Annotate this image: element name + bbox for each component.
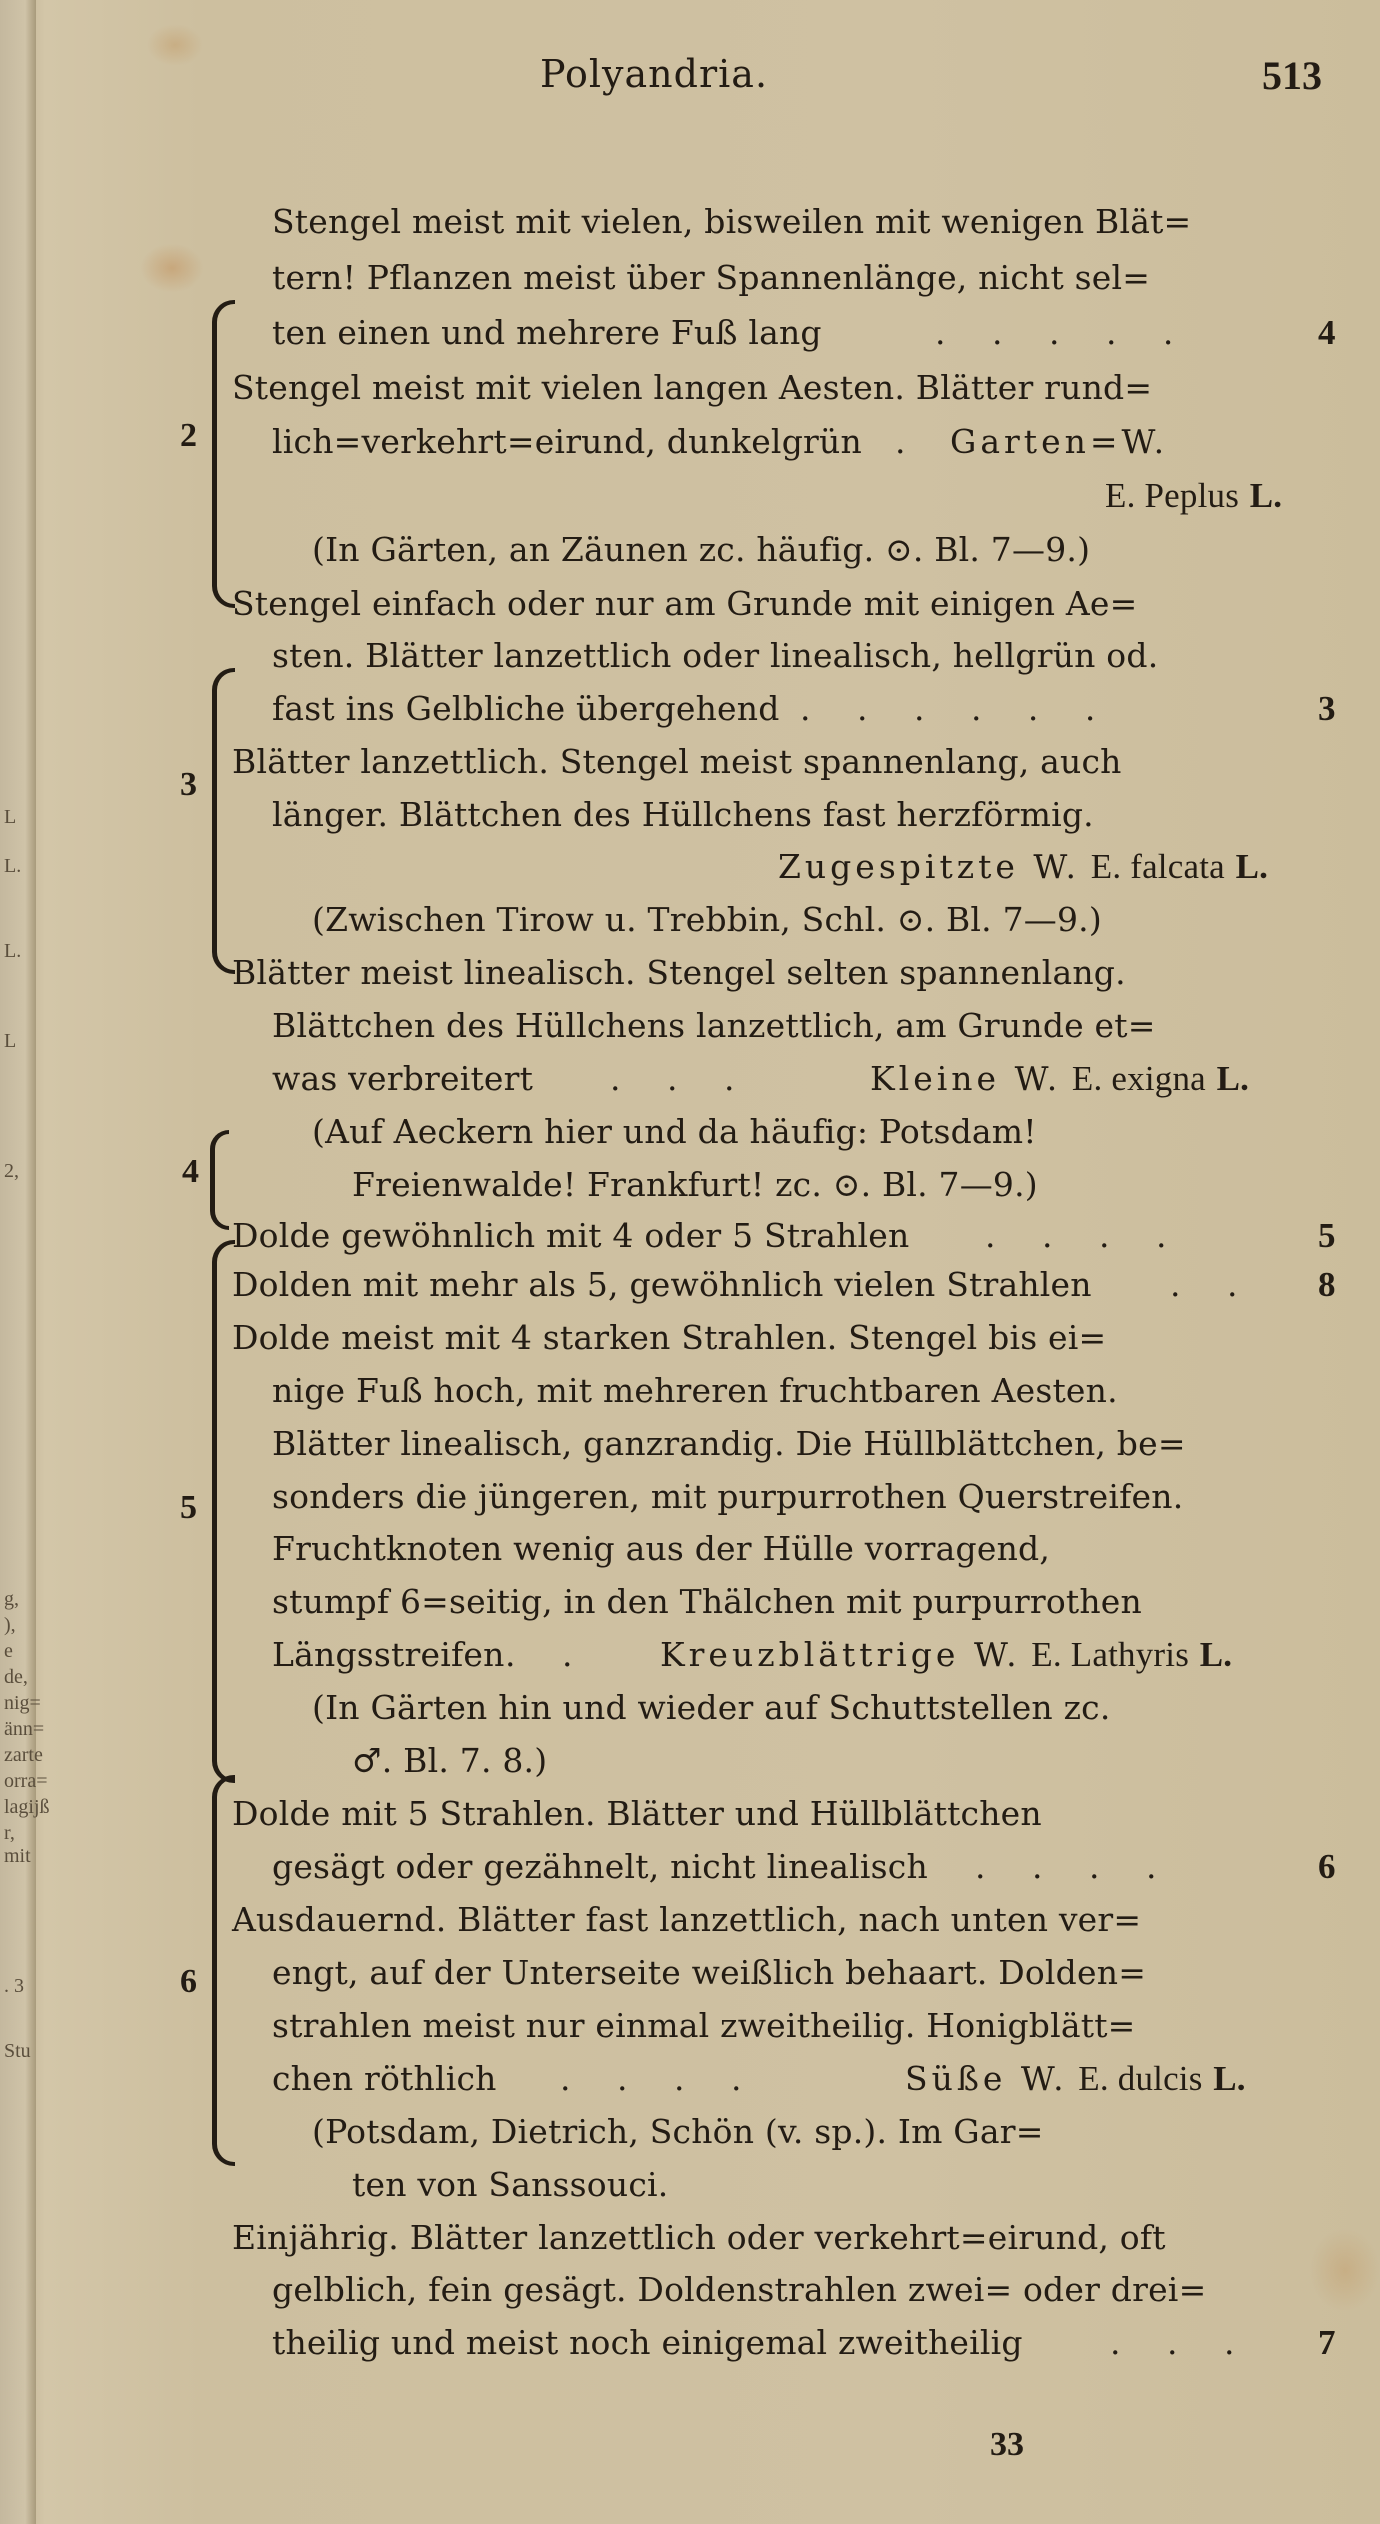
dot-leader: . . . .: [560, 2057, 759, 2101]
key-line: was verbreitert: [272, 1057, 533, 1101]
habitat-note: (Zwischen Tirow u. Trebbin, Schl. ⊙. Bl.…: [312, 898, 1102, 942]
key-line: Ausdauernd. Blätter fast lanzettlich, na…: [232, 1898, 1141, 1942]
latin-name: E. dulcis: [1078, 2059, 1202, 2098]
habitat-note: ♂. Bl. 7. 8.): [352, 1739, 547, 1783]
key-line: Dolde mit 5 Strahlen. Blätter und Hüllbl…: [232, 1792, 1042, 1836]
margin-bleed-text: orra=: [4, 1770, 47, 1793]
margin-bleed-text: zarte: [4, 1744, 43, 1767]
margin-bleed-text: 2,: [4, 1160, 19, 1183]
dot-leader: .: [895, 420, 924, 464]
key-line: sonders die jüngeren, mit purpurrothen Q…: [272, 1475, 1183, 1519]
key-line: Stengel einfach oder nur am Grunde mit e…: [232, 582, 1138, 626]
author-abbrev: L.: [1200, 1635, 1233, 1674]
margin-bleed-text: r, mit: [4, 1822, 36, 1868]
key-line: sten. Blätter lanzettlich oder linealisc…: [272, 634, 1158, 678]
latin-name: E. Lathyris: [1031, 1635, 1189, 1674]
habitat-note: (In Gärten, an Zäunen zc. häufig. ⊙. Bl.…: [312, 528, 1090, 572]
common-name: Zugespitzte W.: [778, 847, 1080, 886]
section-title: Polyandria.: [540, 52, 768, 96]
habitat-note: (Auf Aeckern hier und da häufig: Potsdam…: [312, 1110, 1037, 1154]
dot-leader: . .: [505, 1633, 590, 1677]
latin-name: E. exigna: [1072, 1059, 1206, 1098]
couplet-number: 4: [182, 1152, 199, 1192]
author-abbrev: L.: [1217, 1059, 1250, 1098]
couplet-number: 5: [180, 1488, 197, 1528]
key-line: Blätter meist linealisch. Stengel selten…: [232, 951, 1126, 995]
key-line: Stengel meist mit vielen, bisweilen mit …: [272, 200, 1191, 244]
habitat-note: ten von Sanssouci.: [352, 2163, 668, 2207]
lead-reference: 5: [1318, 1214, 1336, 1258]
dot-leader: . . .: [610, 1057, 752, 1101]
key-line: Dolde meist mit 4 starken Strahlen. Sten…: [232, 1316, 1106, 1360]
habitat-note: Freienwalde! Frankfurt! zc. ⊙. Bl. 7—9.): [352, 1163, 1038, 1207]
key-line: Dolde gewöhnlich mit 4 oder 5 Strahlen: [232, 1214, 910, 1258]
margin-bleed-text: nig=: [4, 1692, 41, 1715]
key-line: ten einen und mehrere Fuß lang: [272, 311, 822, 355]
dot-leader: . . . . . .: [800, 687, 1113, 731]
margin-bleed-text: L.: [4, 855, 21, 878]
key-line: tern! Pflanzen meist über Spannenlänge, …: [272, 256, 1150, 300]
author-abbrev: L.: [1213, 2059, 1246, 2098]
common-name: Garten=W.: [950, 422, 1168, 461]
adjacent-page-edge: L L. L. L 2, g, ), e de, nig= änn= zarte…: [0, 0, 36, 2524]
lead-reference: 3: [1318, 687, 1336, 731]
key-line: lich=verkehrt=eirund, dunkelgrün: [272, 420, 862, 464]
dot-leader: . . .: [1110, 2321, 1252, 2365]
dot-leader: . . . .: [985, 1214, 1184, 1258]
common-name: Süße W.: [905, 2059, 1068, 2098]
key-line: stumpf 6=seitig, in den Thälchen mit pur…: [272, 1580, 1142, 1624]
margin-bleed-text: de,: [4, 1666, 28, 1689]
lead-reference: 6: [1318, 1845, 1336, 1889]
latin-name: E. Peplus: [1105, 476, 1239, 515]
common-name: Kreuzblättrige W.: [660, 1635, 1021, 1674]
margin-bleed-text: g,: [4, 1588, 19, 1611]
key-line: Einjährig. Blätter lanzettlich oder verk…: [232, 2216, 1166, 2260]
couplet-number: 3: [180, 765, 197, 805]
key-line: chen röthlich: [272, 2057, 497, 2101]
margin-bleed-text: e: [4, 1640, 13, 1663]
key-line: strahlen meist nur einmal zweitheilig. H…: [272, 2004, 1136, 2048]
key-line: gelblich, fein gesägt. Doldenstrahlen zw…: [272, 2268, 1206, 2312]
page-number: 513: [1262, 52, 1322, 99]
lead-reference: 4: [1318, 311, 1336, 355]
lead-reference: 8: [1318, 1263, 1336, 1307]
margin-bleed-text: änn=: [4, 1718, 44, 1741]
margin-bleed-text: L: [4, 1030, 16, 1053]
margin-bleed-text: lagijß: [4, 1796, 50, 1819]
habitat-note: (Potsdam, Dietrich, Schön (v. sp.). Im G…: [312, 2110, 1044, 2154]
key-line: theilig und meist noch einigemal zweithe…: [272, 2321, 1023, 2365]
key-line: Blätter lanzettlich. Stengel meist spann…: [232, 740, 1122, 784]
key-line: engt, auf der Unterseite weißlich behaar…: [272, 1951, 1146, 1995]
author-abbrev: L.: [1250, 476, 1283, 515]
margin-bleed-text: ),: [4, 1614, 16, 1637]
key-line: nige Fuß hoch, mit mehreren fruchtbaren …: [272, 1369, 1118, 1413]
lead-reference: 7: [1318, 2321, 1336, 2365]
key-line: länger. Blättchen des Hüllchens fast her…: [272, 793, 1094, 837]
margin-bleed-text: . 3: [4, 1975, 24, 1998]
habitat-note: (In Gärten hin und wieder auf Schuttstel…: [312, 1686, 1111, 1730]
margin-bleed-text: L.: [4, 940, 21, 963]
key-line: Blättchen des Hüllchens lanzettlich, am …: [272, 1004, 1156, 1048]
key-line: Fruchtknoten wenig aus der Hülle vorrage…: [272, 1527, 1050, 1571]
key-line: Dolden mit mehr als 5, gewöhnlich vielen…: [232, 1263, 1092, 1307]
author-abbrev: L.: [1236, 847, 1269, 886]
printer-signature: 33: [990, 2426, 1024, 2464]
key-line: Blätter linealisch, ganzrandig. Die Hüll…: [272, 1422, 1186, 1466]
latin-name: E. falcata: [1091, 847, 1225, 886]
key-line: gesägt oder gezähnelt, nicht linealisch: [272, 1845, 928, 1889]
dot-leader: . . . .: [975, 1845, 1174, 1889]
couplet-number: 6: [180, 1962, 197, 2002]
common-name: Kleine W.: [870, 1059, 1061, 1098]
key-line: Längsstreifen: [272, 1633, 505, 1677]
dot-leader: . . . . .: [935, 311, 1191, 355]
key-line: Stengel meist mit vielen langen Aesten. …: [232, 366, 1152, 410]
margin-bleed-text: L: [4, 806, 16, 829]
dot-leader: . .: [1170, 1263, 1255, 1307]
margin-bleed-text: Stu: [4, 2040, 31, 2063]
key-line: fast ins Gelbliche übergehend: [272, 687, 780, 731]
couplet-number: 2: [180, 416, 197, 456]
